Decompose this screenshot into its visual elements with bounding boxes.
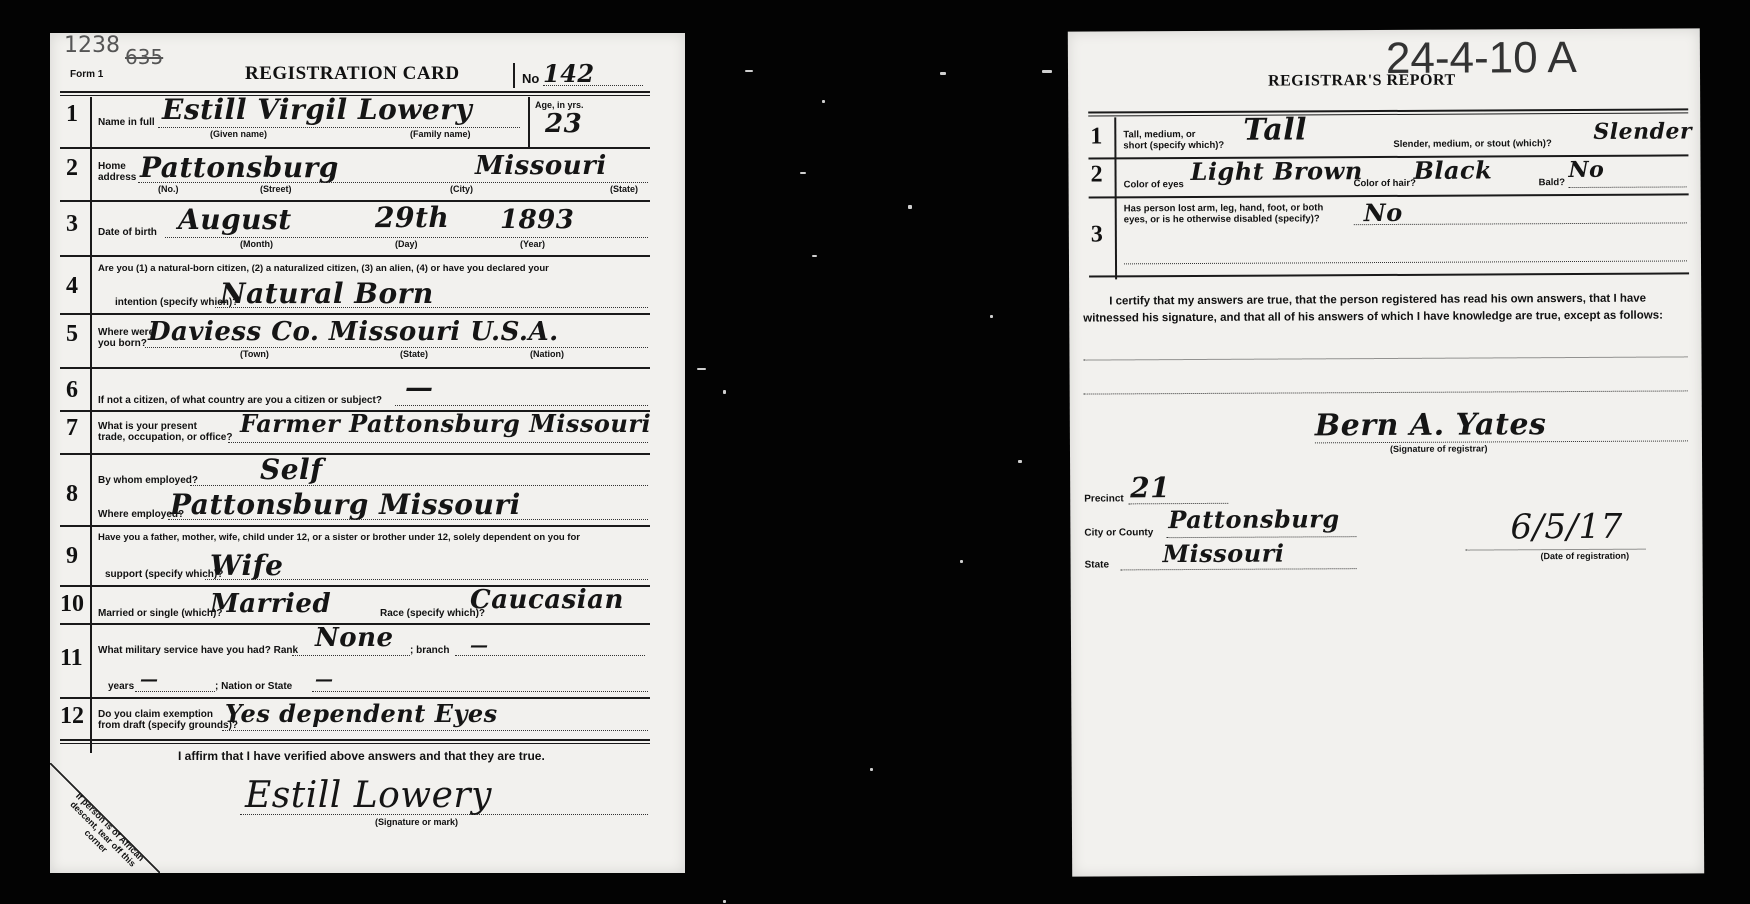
signature-line [240,814,648,815]
citizenship-question: Are you (1) a natural-born citizen, (2) … [98,263,549,274]
state-label: State [1085,559,1110,570]
row-number: 3 [1091,221,1103,248]
address-label: address [98,172,136,183]
military-branch-label: ; branch [410,645,449,656]
fill-line [395,405,648,406]
rule [1089,272,1689,277]
row-number: 1 [66,101,78,128]
sublabel: (Given name) [210,129,267,139]
disability-value: No [1364,198,1403,227]
state-value: Missouri [1162,539,1284,569]
height-value: Tall [1243,112,1307,147]
disability-label: eyes, or is he otherwise disabled (speci… [1124,213,1320,225]
report-title: REGISTRAR'S REPORT [1268,72,1456,91]
dust-speck [1018,460,1022,463]
dependents-question: Have you a father, mother, wife, child u… [98,532,580,543]
row-number: 12 [60,703,84,730]
height-label: Tall, medium, or [1123,129,1195,140]
age-divider [528,97,530,149]
fill-line [222,730,648,731]
dust-speck [940,72,946,75]
military-years-value: — [140,669,159,690]
sublabel: (Year) [520,239,545,249]
race-value: Caucasian [470,585,624,615]
row-number: 11 [60,645,83,672]
card-title: REGISTRATION CARD [245,63,460,85]
dob-year-value: 1893 [500,205,574,235]
dependents-value: Wife [210,549,283,582]
dust-speck [745,70,753,72]
citizenship-value: Natural Born [220,277,434,310]
sublabel: (Family name) [410,129,471,139]
rule [60,200,650,202]
exemption-label: from draft (specify grounds)? [98,720,238,731]
dust-speck [723,390,726,394]
height-label: short (specify which)? [1123,140,1224,152]
sublabel: (Street) [260,184,292,194]
fill-line [1124,260,1687,264]
sublabel: (City) [450,184,473,194]
rule [60,453,650,455]
fill-line [135,691,215,692]
employer-value: Self [260,453,323,486]
foreign-citizen-value: — [405,371,434,404]
dob-day-value: 29th [375,201,449,234]
row-number: 8 [66,481,78,508]
military-rank-value: None [315,623,394,653]
dob-month-value: August [178,203,292,236]
fill-line [228,442,648,443]
military-branch-value: — [470,635,489,656]
row-number-divider [90,97,92,753]
home-city-value: Pattonsburg [140,151,339,184]
divider [513,63,515,88]
row-number: 6 [66,377,78,404]
occupation-value: Farmer Pattonsburg Missouri [240,409,651,438]
city-value: Pattonsburg [1168,504,1339,534]
hair-color-label: Color of hair? [1354,178,1416,189]
age-value: 23 [545,109,582,139]
military-nation-label: ; Nation or State [215,681,292,692]
exceptions-line [1084,390,1688,394]
exemption-label: Do you claim exemption [98,709,213,720]
fill-line [190,485,648,486]
dob-label: Date of birth [98,227,157,238]
rule [60,255,650,257]
signature-caption: (Signature or mark) [375,817,458,827]
fill-line [138,182,648,183]
registration-date-caption: (Date of registration) [1541,551,1630,561]
build-label: Slender, medium, or stout (which)? [1393,138,1551,150]
dust-speck [822,100,825,103]
rule [60,525,650,527]
exceptions-line [1084,356,1688,360]
fill-line [543,85,643,86]
registrars-report-card: 24-4-10 A REGISTRAR'S REPORT 1 Tall, med… [1068,28,1704,876]
rule [60,739,650,741]
fill-line [158,127,520,128]
dust-speck [870,768,873,771]
row-number: 5 [66,321,78,348]
sublabel: (No.) [158,184,179,194]
fill-line [1121,568,1357,570]
marital-status-label: Married or single (which)? [98,608,222,619]
row-number: 2 [66,155,78,182]
eye-color-value: Light Brown [1190,156,1362,186]
row-number: 9 [66,543,78,570]
row-number: 7 [66,415,78,442]
fill-line [215,307,648,308]
row-number: 3 [66,211,78,238]
home-state-value: Missouri [475,151,607,181]
fill-line [1569,186,1687,188]
affirmation-text: I affirm that I have verified above answ… [178,749,545,763]
registrar-signature-caption: (Signature of registrar) [1390,443,1488,454]
registration-card: 1238 635 Form 1 REGISTRATION CARD No 142… [50,33,685,873]
eye-color-label: Color of eyes [1124,179,1184,190]
occupation-label: trade, occupation, or office? [98,432,232,443]
fill-line [312,691,648,692]
dust-speck [800,172,806,174]
sublabel: (State) [400,349,428,359]
birthplace-label: Where were [98,327,154,338]
rule [60,367,650,369]
dust-speck [723,900,726,903]
rule [60,743,650,744]
name-label: Name in full [98,117,155,128]
birthplace-value: Daviess Co. Missouri U.S.A. [148,317,559,347]
build-value: Slender [1593,118,1692,145]
card-number: 142 [543,59,595,88]
rule [60,313,650,315]
military-rank-label: What military service have you had? Rank [98,645,298,656]
sublabel: (Nation) [530,349,564,359]
registrant-signature: Estill Lowery [245,775,492,816]
row-number: 10 [60,591,84,618]
precinct-value: 21 [1130,471,1170,504]
foreign-citizen-label: If not a citizen, of what country are yo… [98,395,382,406]
dust-speck [990,315,993,318]
sublabel: (State) [610,184,638,194]
fill-line [165,237,648,238]
military-years-label: years [108,681,134,692]
fill-line [455,655,645,656]
home-label: Home [98,161,126,172]
sublabel: (Month) [240,239,273,249]
marital-status-value: Married [210,589,331,619]
birthplace-label: you born? [98,338,147,349]
sublabel: (Town) [240,349,269,359]
fill-line [145,347,648,348]
sublabel: (Day) [395,239,418,249]
military-nation-value: — [315,669,334,690]
city-label: City or County [1084,527,1153,538]
row-number: 4 [66,273,78,300]
registrar-signature: Bern A. Yates [1315,407,1547,443]
fill-line [168,519,648,520]
work-location-value: Pattonsburg Missouri [170,488,521,521]
form-label: Form 1 [70,69,103,80]
dust-speck [697,368,706,370]
fill-line [205,579,648,580]
pencil-serial: 1238 [64,33,120,58]
number-label: No [522,71,539,86]
hair-color-value: Black [1413,155,1492,184]
certification-text: I certify that my answers are true, that… [1083,290,1683,327]
registration-date-value: 6/5/17 [1510,507,1623,548]
pencil-serial-struck: 635 [125,45,163,69]
occupation-label: What is your present [98,421,197,432]
fill-line [1354,222,1687,225]
row-number: 1 [1090,123,1102,150]
name-value: Estill Virgil Lowery [162,93,472,126]
exemption-value: Yes dependent Eyes [225,699,498,728]
row-number: 2 [1090,161,1102,188]
precinct-label: Precinct [1084,493,1124,504]
dust-speck [1042,70,1052,73]
bald-value: No [1568,157,1604,183]
bald-label: Bald? [1539,177,1565,188]
rule [60,147,650,149]
fill-line [292,655,410,656]
employer-label: By whom employed? [98,475,198,486]
dust-speck [960,560,963,563]
dust-speck [812,255,817,257]
dust-speck [908,205,912,209]
